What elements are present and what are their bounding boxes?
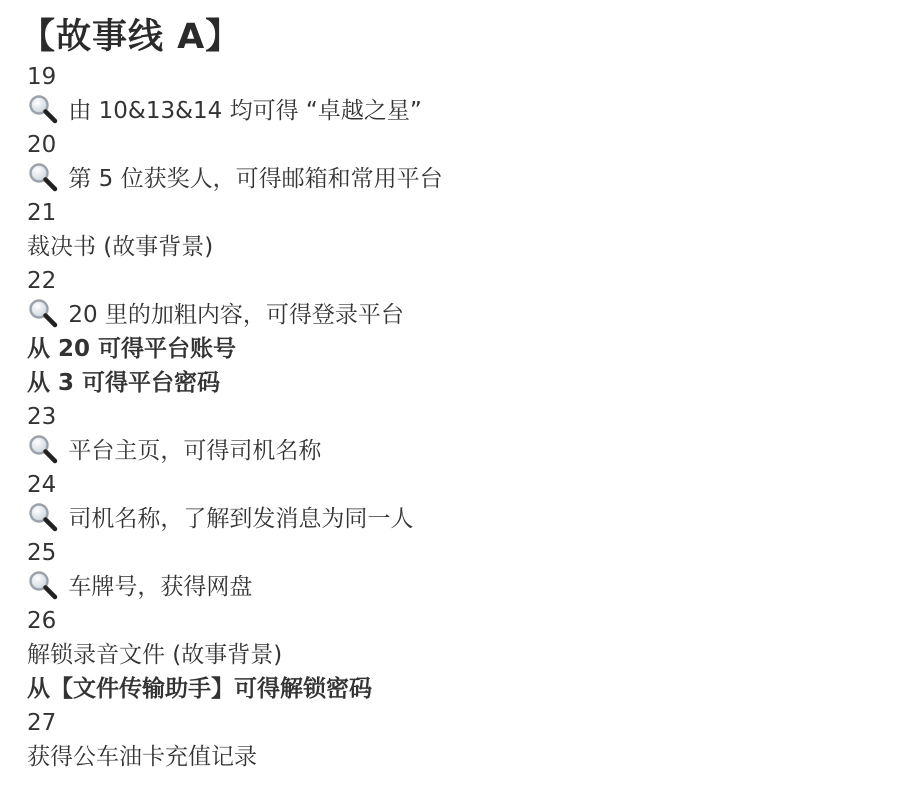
clue-line: 由 10&13&14 均可得 “卓越之星”: [22, 94, 924, 128]
line-text: 19: [27, 64, 56, 90]
step-number: 27: [22, 706, 924, 740]
line-text: 23: [27, 404, 56, 430]
line-text: 从 20 可得平台账号: [27, 336, 236, 362]
text-line: 解锁录音文件 (故事背景): [22, 638, 924, 672]
clue-line: 第 5 位获奖人，可得邮箱和常用平台: [22, 162, 924, 196]
text-line: 裁决书 (故事背景): [22, 230, 924, 264]
line-text: 26: [27, 608, 56, 634]
line-text: 从 3 可得平台密码: [27, 370, 220, 396]
magnifier-icon: [27, 570, 59, 600]
step-number: 22: [22, 264, 924, 298]
clue-line: 司机名称，了解到发消息为同一人: [22, 502, 924, 536]
line-text: 27: [27, 710, 56, 736]
clue-line: 平台主页，可得司机名称: [22, 434, 924, 468]
line-text: 司机名称，了解到发消息为同一人: [68, 506, 413, 532]
line-text: 解锁录音文件 (故事背景): [27, 642, 282, 668]
magnifier-icon: [27, 502, 59, 532]
line-text: 车牌号，获得网盘: [68, 574, 252, 600]
magnifier-icon: [27, 434, 59, 464]
line-text: 22: [27, 268, 56, 294]
magnifier-icon: [27, 162, 59, 192]
document: 【故事线 A】 19 由 10&13&14 均可得 “卓越之星”20 第 5 位…: [0, 0, 924, 774]
clue-line: 20 里的加粗内容，可得登录平台: [22, 298, 924, 332]
line-text: 平台主页，可得司机名称: [68, 438, 321, 464]
line-text: 24: [27, 472, 56, 498]
text-line: 获得公车油卡充值记录: [22, 740, 924, 774]
line-text: 获得公车油卡充值记录: [27, 744, 257, 770]
line-text: 从【文件传输助手】可得解锁密码: [27, 676, 372, 702]
line-text: 由 10&13&14 均可得 “卓越之星”: [68, 98, 421, 124]
content-lines: 19 由 10&13&14 均可得 “卓越之星”20 第 5 位获奖人，可得邮箱…: [22, 60, 924, 774]
magnifier-icon: [27, 298, 59, 328]
clue-line: 车牌号，获得网盘: [22, 570, 924, 604]
page-title: 【故事线 A】: [20, 14, 924, 60]
line-text: 21: [27, 200, 56, 226]
step-number: 24: [22, 468, 924, 502]
step-number: 21: [22, 196, 924, 230]
step-number: 25: [22, 536, 924, 570]
line-text: 裁决书 (故事背景): [27, 234, 213, 260]
step-number: 23: [22, 400, 924, 434]
text-line: 从 20 可得平台账号: [22, 332, 924, 366]
line-text: 20 里的加粗内容，可得登录平台: [68, 302, 404, 328]
text-line: 从【文件传输助手】可得解锁密码: [22, 672, 924, 706]
magnifier-icon: [27, 94, 59, 124]
line-text: 20: [27, 132, 56, 158]
step-number: 26: [22, 604, 924, 638]
text-line: 从 3 可得平台密码: [22, 366, 924, 400]
step-number: 19: [22, 60, 924, 94]
line-text: 第 5 位获奖人，可得邮箱和常用平台: [68, 166, 442, 192]
line-text: 25: [27, 540, 56, 566]
step-number: 20: [22, 128, 924, 162]
